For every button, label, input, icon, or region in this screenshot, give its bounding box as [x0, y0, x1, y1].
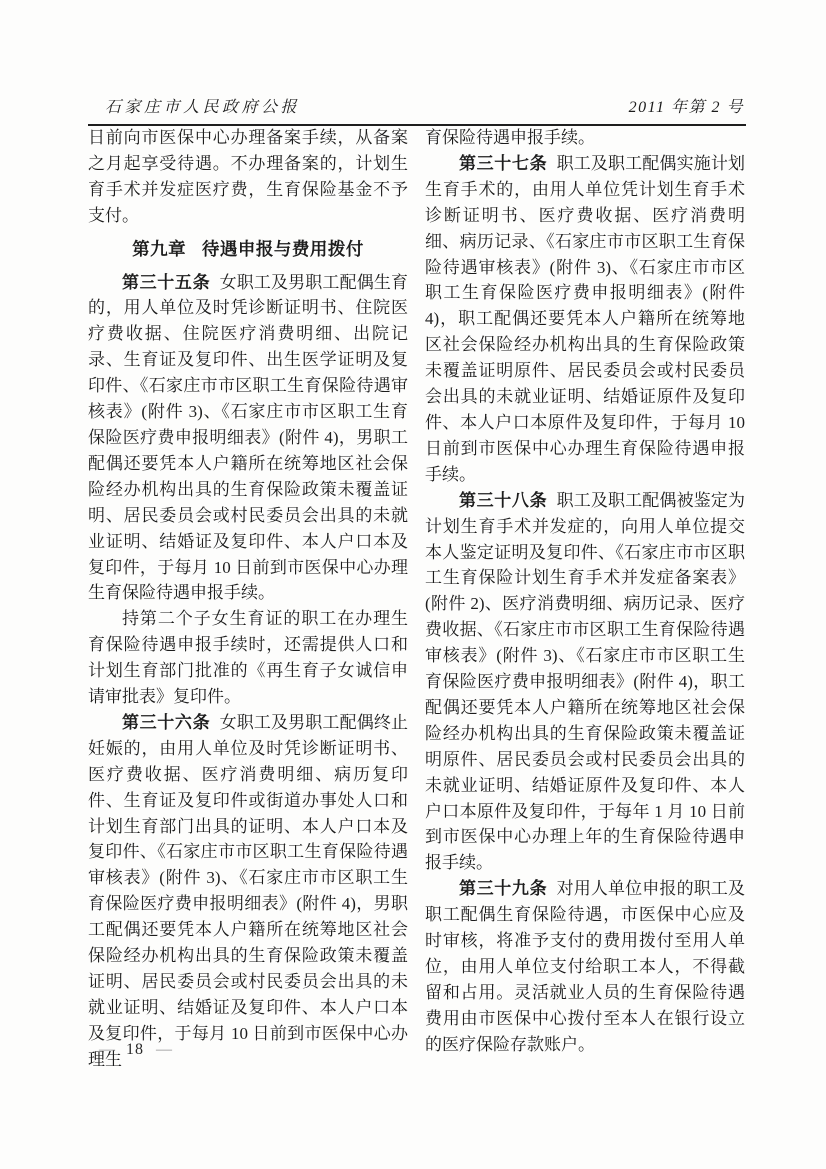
paragraph-text: 职工及职工配偶实施计划生育手术的，由用人单位凭计划生育手术诊断证明书、医疗费收据…	[425, 154, 745, 484]
chapter-number: 第九章	[132, 239, 186, 259]
paragraph: 第三十六条女职工及男职工配偶终止妊娠的，由用人单位及时凭诊断证明书、医疗费收据、…	[88, 710, 408, 1073]
article-number: 第三十九条	[459, 879, 547, 898]
paragraph-text: 育保险待遇申报手续。	[425, 128, 595, 147]
paragraph: 持第二个子女生育证的职工在办理生育保险待遇申报手续时，还需提供人口和计划生育部门…	[88, 606, 408, 710]
paragraph-text: 日前向市医保中心办理备案手续，从备案之月起享受待遇。不办理备案的，计划生育手术并…	[88, 128, 408, 225]
article-number: 第三十六条	[122, 713, 210, 732]
paragraph-text: 持第二个子女生育证的职工在办理生育保险待遇申报手续时，还需提供人口和计划生育部门…	[88, 609, 408, 706]
page-number: 18	[126, 1041, 144, 1059]
issue-number: 2011 年第 2 号	[629, 94, 746, 117]
paragraph-text: 待遇申报与费用拨付	[202, 239, 364, 259]
paragraph: 第三十五条女职工及男职工配偶生育的，用人单位及时凭诊断证明书、住院医疗费收据、住…	[88, 270, 408, 607]
paragraph: 第三十七条职工及职工配偶实施计划生育手术的，由用人单位凭计划生育手术诊断证明书、…	[425, 151, 745, 488]
paragraph: 第三十八条职工及职工配偶被鉴定为计划生育手术并发症的，向用人单位提交本人鉴定证明…	[425, 488, 745, 877]
paragraph: 育保险待遇申报手续。	[425, 125, 745, 151]
footer-right-dash: —	[156, 1041, 171, 1059]
page-footer: — 18 —	[99, 1041, 171, 1059]
running-head: 石家庄市人民政府公报 2011 年第 2 号	[88, 94, 746, 126]
paragraph-text: 女职工及男职工配偶终止妊娠的，由用人单位及时凭诊断证明书、医疗费收据、医疗消费明…	[88, 713, 408, 1069]
paragraph: 第三十九条对用人单位申报的职工及职工配偶生育保险待遇，市医保中心应及时审核，将准…	[425, 876, 745, 1057]
footer-left-dash: —	[99, 1041, 114, 1059]
left-column: 日前向市医保中心办理备案手续，从备案之月起享受待遇。不办理备案的，计划生育手术并…	[88, 125, 408, 1073]
right-column: 育保险待遇申报手续。第三十七条职工及职工配偶实施计划生育手术的，由用人单位凭计划…	[425, 125, 745, 1073]
article-number: 第三十五条	[122, 273, 210, 292]
chapter-heading: 第九章待遇申报与费用拨付	[88, 237, 408, 263]
paragraph: 日前向市医保中心办理备案手续，从备案之月起享受待遇。不办理备案的，计划生育手术并…	[88, 125, 408, 229]
page-body: 日前向市医保中心办理备案手续，从备案之月起享受待遇。不办理备案的，计划生育手术并…	[88, 125, 746, 1073]
paragraph-text: 职工及职工配偶被鉴定为计划生育手术并发症的，向用人单位提交本人鉴定证明及复印件、…	[425, 491, 745, 873]
publication-title: 石家庄市人民政府公报	[88, 94, 300, 117]
article-number: 第三十八条	[459, 491, 547, 510]
paragraph-text: 对用人单位申报的职工及职工配偶生育保险待遇，市医保中心应及时审核，将准予支付的费…	[425, 879, 745, 1053]
paragraph-text: 女职工及男职工配偶生育的，用人单位及时凭诊断证明书、住院医疗费收据、住院医疗消费…	[88, 273, 408, 603]
gazette-page: 石家庄市人民政府公报 2011 年第 2 号 日前向市医保中心办理备案手续，从备…	[0, 0, 826, 1169]
article-number: 第三十七条	[459, 154, 547, 173]
